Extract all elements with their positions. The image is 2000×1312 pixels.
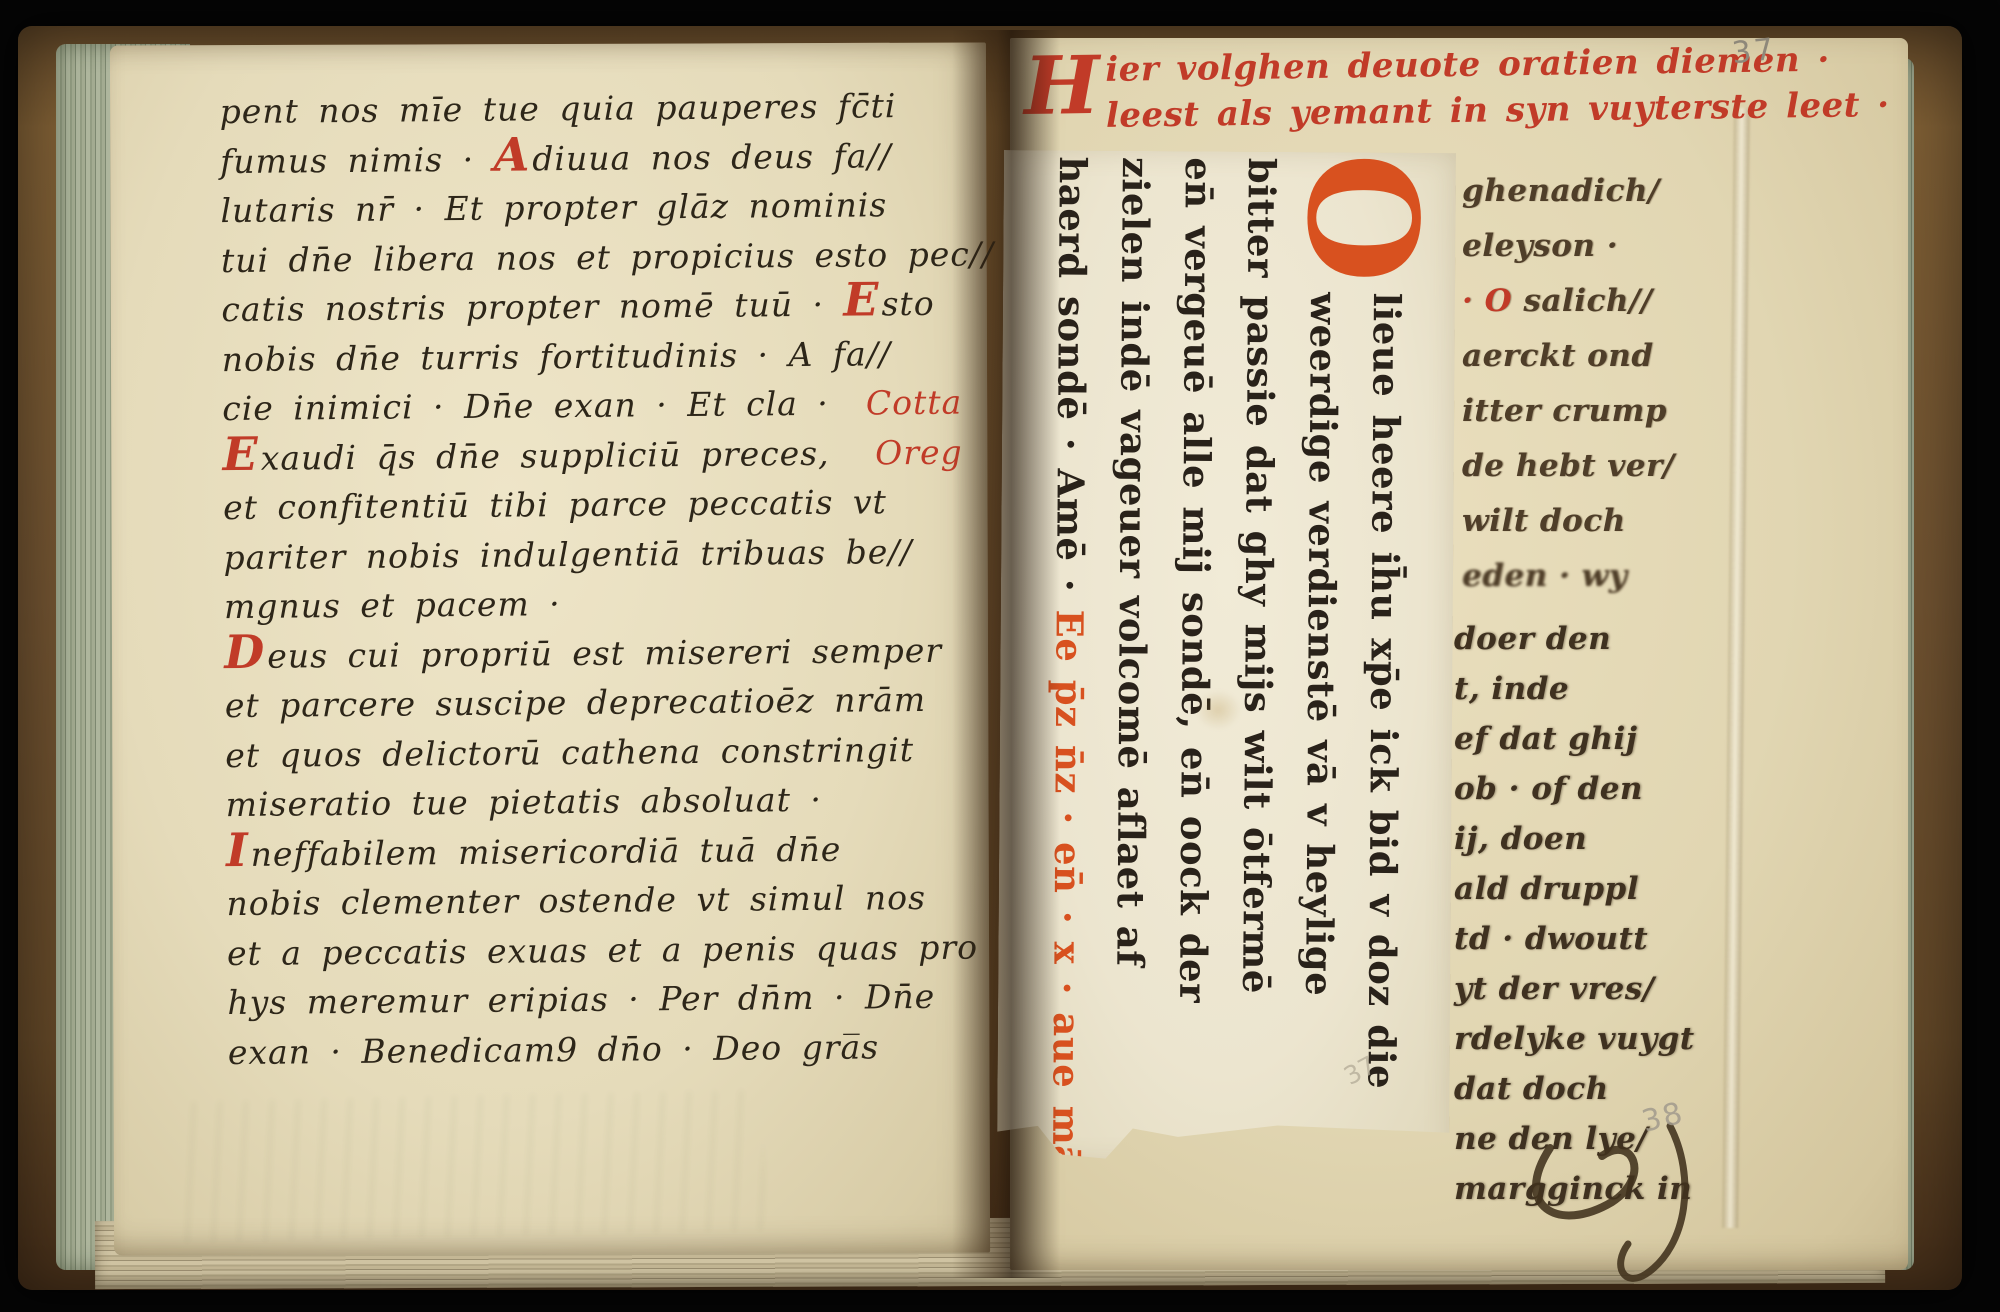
text-line: de hebt ver/ [1462, 439, 1675, 494]
text-segment: nobis dn̄e turris fortitudinis · A fa// [222, 329, 892, 384]
text-segment: t, inde [1454, 664, 1569, 714]
text-segment: yt der vres/ [1454, 964, 1655, 1014]
text-segment: ald druppl [1454, 864, 1639, 914]
ink-show-through [182, 1090, 765, 1242]
text-line: nobis clementer ostende vt simul nos [226, 873, 966, 929]
slip-prayer-text: Olieue heere ih̄u xp̄e ick bid v doz die… [1034, 156, 1419, 1119]
text-line: eden · wy [1462, 549, 1675, 604]
text-line: yt der vres/ [1454, 964, 1695, 1014]
text-line: et confitentiū tibi parce peccatis vt [223, 477, 963, 533]
text-line: catis nostris propter nomē tuū · Esto [221, 279, 961, 335]
text-segment: Ee p̄z n̄z · en̄ · x · aue mā · [1034, 609, 1101, 1200]
text-segment: mgnus et pacem · [224, 579, 561, 631]
top-leaf-edge [1722, 108, 1750, 1228]
text-line: lutaris nr̄ · Et propter glāz nominis [220, 180, 960, 236]
text-line: et parcere suscipe deprecatioēz nrām [225, 675, 965, 731]
text-line: rdelyke vuygt [1454, 1014, 1695, 1064]
text-segment: eleyson · [1462, 219, 1618, 274]
text-segment: exan · Benedicam9 dn̄o · Deo gra̅s [228, 1022, 880, 1077]
text-segment: fumus nimis · [220, 134, 494, 186]
text-line: Olieue heere ih̄u xp̄e ick bid v doz die [1349, 158, 1419, 1118]
text-segment: et parcere suscipe deprecatioēz nrām [225, 675, 927, 731]
text-segment: · O [1462, 274, 1523, 329]
text-segment: lieue heere ih̄u xp̄e ick bid v doz die [1349, 292, 1418, 1089]
inserted-slip: Olieue heere ih̄u xp̄e ick bid v doz die… [997, 150, 1456, 1165]
text-segment: cie inimici · Dn̄e exan · Et cla · [222, 379, 829, 434]
text-segment: catis nostris propter nomē tuū · [221, 280, 844, 335]
text-segment: de hebt ver/ [1462, 439, 1675, 494]
text-segment: ef dat ghij [1454, 714, 1637, 764]
text-segment: miseratio tue pietatis absoluat · [225, 775, 822, 830]
text-segment: bitter passie dat ghy mijs wilt ōtfermē [1224, 157, 1293, 994]
text-segment: rdelyke vuygt [1454, 1014, 1695, 1064]
text-line: ghenadich/ [1462, 164, 1675, 219]
text-line: exan · Benedicam9 dn̄o · Deo gra̅s [228, 1021, 968, 1077]
folio-number-37: 37 [1730, 32, 1778, 71]
text-line: nobis dn̄e turris fortitudinis · A fa// [222, 328, 962, 384]
text-segment: zielen indē vageuer volcomē aflaet af [1098, 156, 1167, 966]
text-segment: pariter nobis indulgentiā tribuas be// [223, 527, 912, 583]
text-segment: nobis clementer ostende vt simul nos [226, 873, 926, 929]
text-line: leest als yemant in syn vuyterste leet · [1106, 82, 1890, 139]
text-line: · O salich// [1462, 274, 1675, 329]
text-segment: doer den [1454, 614, 1611, 664]
text-line: weerdige verdienstē vā v heylige [1286, 158, 1356, 1118]
text-line: t, inde [1454, 664, 1695, 714]
text-line: wilt doch [1462, 494, 1675, 549]
pen-flourish [1520, 1118, 1800, 1298]
left-page-latin-text: pent nos mīe tue quia pauperes fc̄tifumu… [219, 81, 968, 1077]
text-line: cie inimici · Dn̄e exan · Et cla ·Cotta [222, 378, 962, 434]
text-segment: en̄ vergeuē alle mij sondē, en̄ oock der [1161, 157, 1230, 1003]
text-segment: ij, doen [1454, 814, 1587, 864]
text-segment: itter crump [1462, 384, 1667, 439]
text-segment: Oreg [875, 427, 963, 477]
text-line: Deus cui propriū est misereri semper [224, 625, 964, 681]
left-page: pent nos mīe tue quia pauperes fc̄tifumu… [110, 42, 990, 1255]
text-segment: td · dwoutt [1454, 914, 1648, 964]
text-segment: hys meremur eripias · Per dn̄m · Dn̄e [227, 972, 935, 1028]
text-line: td · dwoutt [1454, 914, 1695, 964]
text-line: pent nos mīe tue quia pauperes fc̄ti [219, 81, 959, 137]
text-line: Exaudi q̄s dn̄e suppliciū preces,Oreg [222, 427, 962, 483]
manuscript-photo: pent nos mīe tue quia pauperes fc̄tifumu… [0, 0, 2000, 1312]
text-segment: weerdige verdienstē vā v heylige [1287, 292, 1355, 997]
text-line: mgnus et pacem · [224, 576, 964, 632]
heading-initial-h: H [1023, 47, 1100, 140]
text-segment: aerckt ond [1462, 329, 1654, 384]
text-line: ef dat ghij [1454, 714, 1695, 764]
text-line: haerd sondē · Amē · Ee p̄z n̄z · en̄ · x… [1034, 156, 1104, 1116]
text-segment: et quos delictorū cathena constringit [225, 725, 914, 781]
text-segment: wilt doch [1462, 494, 1626, 549]
text-segment: leest als yemant in syn vuyterste leet · [1106, 82, 1890, 139]
text-segment: eden · wy [1462, 549, 1627, 604]
text-segment: sto [881, 279, 935, 329]
text-segment: eus cui propriū est misereri semper [267, 625, 942, 680]
text-line: fumus nimis · Adiuua nos deus fa// [220, 130, 960, 186]
text-line: en̄ vergeuē alle mij sondē, en̄ oock der [1160, 157, 1230, 1117]
text-line: zielen indē vageuer volcomē aflaet af [1097, 156, 1167, 1116]
text-line: pariter nobis indulgentiā tribuas be// [223, 526, 963, 582]
text-line: doer den [1454, 614, 1695, 664]
text-line: eleyson · [1462, 219, 1675, 274]
text-segment: Cotta [866, 378, 963, 428]
text-line: aerckt ond [1462, 329, 1675, 384]
text-line: miseratio tue pietatis absoluat · [225, 774, 965, 830]
text-segment: diuua nos deus fa// [532, 131, 892, 184]
text-line: hys meremur eripias · Per dn̄m · Dn̄e [227, 972, 967, 1028]
text-line: itter crump [1462, 384, 1675, 439]
text-segment: pent nos mīe tue quia pauperes fc̄ti [219, 81, 896, 136]
text-segment: ob · of den [1454, 764, 1643, 814]
text-segment: dat doch [1454, 1064, 1609, 1114]
covered-text-fragments-upper: ghenadich/eleyson ·· O salich//aerckt on… [1462, 164, 1675, 604]
text-segment: et confitentiū tibi parce peccatis vt [223, 477, 887, 532]
text-line: et quos delictorū cathena constringit [225, 724, 965, 780]
text-line: et a peccatis exuas et a penis quas pro [227, 922, 967, 978]
text-segment: et a peccatis exuas et a penis quas pro [227, 922, 978, 978]
text-line: bitter passie dat ghy mijs wilt ōtfermē [1223, 157, 1293, 1117]
text-line: ij, doen [1454, 814, 1695, 864]
text-segment: neffabilem misericordiā tuā dn̄e [250, 824, 841, 879]
text-segment: salich// [1523, 274, 1652, 329]
text-segment: lutaris nr̄ · Et propter glāz nominis [220, 180, 887, 235]
text-segment: xaudi q̄s dn̄e suppliciū preces, [261, 428, 830, 482]
text-segment: haerd sondē · Amē · [1038, 156, 1104, 610]
text-line: ob · of den [1454, 764, 1695, 814]
text-line: ald druppl [1454, 864, 1695, 914]
text-line: Ineffabilem misericordiā tuā dn̄e [226, 823, 966, 879]
text-segment: ghenadich/ [1462, 164, 1660, 219]
